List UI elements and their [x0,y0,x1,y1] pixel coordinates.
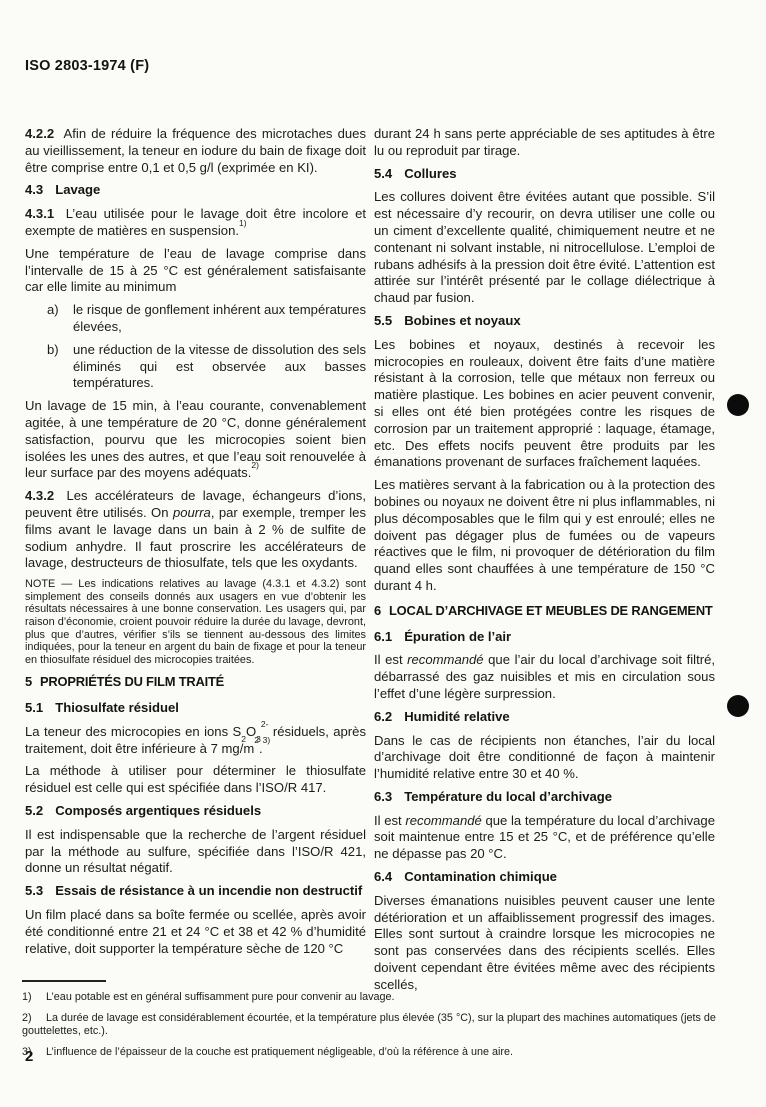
section-heading: 5PROPRIÉTÉS DU FILM TRAITÉ [25,674,366,691]
clause-number: 6.1 [374,629,392,646]
punch-hole-mark [727,695,749,717]
right-column: durant 24 h sans perte appréciable de se… [374,126,715,1000]
paragraph: Il est recommandé que la température du … [374,813,715,863]
subsection-heading: 5.4Collures [374,166,715,183]
document-page: ISO 2803-1974 (F) 4.2.2 Afin de réduire … [0,0,766,1107]
footnote: 3)L’influence de l’épaisseur de la couch… [22,1046,747,1060]
subsection-heading: 6.1Épuration de l’air [374,629,715,646]
punch-hole-mark [727,394,749,416]
paragraph: Il est indispensable que la recherche de… [25,827,366,877]
page-number: 2 [25,1048,33,1065]
paragraph: Dans le cas de récipients non étanches, … [374,733,715,783]
footnote-number: 2) [22,1012,46,1026]
paragraph: 4.2.2 Afin de réduire la fréquence des m… [25,126,366,176]
clause-number: 4.3 [25,182,43,199]
subsection-heading: 6.4Contamination chimique [374,869,715,886]
clause-number: 4.3.2 [25,488,54,503]
paragraph: 4.3.1 L’eau utilisée pour le lavage doit… [25,206,366,240]
subsection-heading: 5.5Bobines et noyaux [374,313,715,330]
subsection-heading: 5.2Composés argentiques résiduels [25,803,366,820]
subsection-heading: 4.3Lavage [25,182,366,199]
paragraph: Les bobines et noyaux, destinés à recevo… [374,337,715,471]
list-marker: b) [47,342,73,359]
paragraph: Une température de l’eau de lavage compr… [25,246,366,296]
document-reference: ISO 2803-1974 (F) [25,58,149,74]
subsection-heading: 6.2Humidité relative [374,709,715,726]
list-item: b)une réduction de la vitesse de dissolu… [47,342,366,392]
list-marker: a) [47,302,73,319]
clause-number: 4.2.2 [25,126,54,141]
footnote-rule [22,980,106,982]
clause-number: 6.2 [374,709,392,726]
paragraph: La teneur des microcopies en ions S2O32-… [25,724,366,758]
paragraph: La méthode à utiliser pour déterminer le… [25,763,366,797]
subsection-heading: 5.3Essais de résistance à un incendie no… [25,883,366,900]
clause-number: 5.2 [25,803,43,820]
paragraph: Un film placé dans sa boîte fermée ou sc… [25,907,366,957]
clause-number: 4.3.1 [25,206,54,221]
paragraph: durant 24 h sans perte appréciable de se… [374,126,715,160]
left-column: 4.2.2 Afin de réduire la fréquence des m… [25,126,366,963]
clause-number: 5 [25,674,32,691]
clause-number: 6 [374,603,381,620]
clause-number: 5.1 [25,700,43,717]
clause-number: 5.3 [25,883,43,900]
footnote: 2)La durée de lavage est considérablemen… [22,1012,747,1039]
paragraph: 4.3.2 Les accélérateurs de lavage, échan… [25,488,366,572]
subsection-heading: 6.3Température du local d’archivage [374,789,715,806]
paragraph: Les matières servant à la fabrication ou… [374,477,715,595]
clause-number: 6.4 [374,869,392,886]
subsection-heading: 5.1Thiosulfate résiduel [25,700,366,717]
clause-number: 5.4 [374,166,392,183]
paragraph: Diverses émanations nuisibles peuvent ca… [374,893,715,994]
note: NOTE — Les indications relatives au lava… [25,578,366,666]
paragraph: Un lavage de 15 min, à l’eau courante, c… [25,398,366,482]
clause-number: 5.5 [374,313,392,330]
section-heading: 6LOCAL D’ARCHIVAGE ET MEUBLES DE RANGEME… [374,603,715,620]
footnote: 1)L’eau potable est en général suffisamm… [22,991,747,1005]
clause-number: 6.3 [374,789,392,806]
paragraph: Il est recommandé que l’air du local d’a… [374,652,715,702]
list-item: a)le risque de gonflement inhérent aux t… [47,302,366,336]
note-label: NOTE — [25,578,72,590]
footnote-number: 1) [22,991,46,1005]
paragraph: Les collures doivent être évitées autant… [374,189,715,307]
footnotes-section: 1)L’eau potable est en général suffisamm… [22,980,747,1066]
